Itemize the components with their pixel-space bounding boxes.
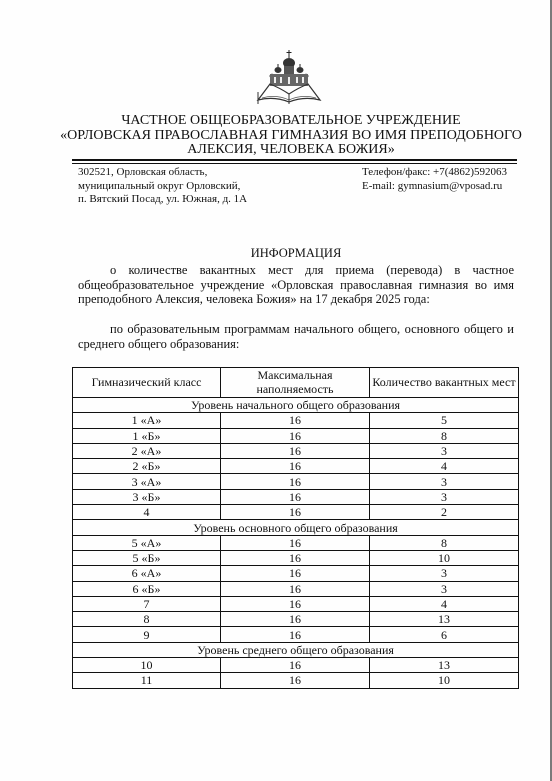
table-row: 111610	[73, 673, 519, 688]
vacancies-table: Гимназический класс Максимальная наполня…	[72, 367, 519, 689]
intro-paragraph: о количестве вакантных мест для приема (…	[78, 263, 514, 307]
header-divider-thin	[72, 163, 517, 164]
vacancies-cell: 4	[370, 459, 519, 474]
class-cell: 1 «А»	[73, 413, 221, 428]
org-name-line: ЧАСТНОЕ ОБЩЕОБРАЗОВАТЕЛЬНОЕ УЧРЕЖДЕНИЕ	[60, 114, 522, 129]
max-capacity-cell: 16	[221, 627, 370, 642]
vacancies-cell: 5	[370, 413, 519, 428]
class-cell: 3 «А»	[73, 474, 221, 489]
max-capacity-cell: 16	[221, 459, 370, 474]
phone-fax: Телефон/факс: +7(4862)592063	[362, 166, 507, 180]
table-row: 1 «Б»168	[73, 428, 519, 443]
class-cell: 6 «Б»	[73, 581, 221, 596]
max-capacity-cell: 16	[221, 428, 370, 443]
table-header-row: Гимназический класс Максимальная наполня…	[73, 368, 519, 398]
org-name-line: «ОРЛОВСКАЯ ПРАВОСЛАВНАЯ ГИМНАЗИЯ ВО ИМЯ …	[60, 129, 522, 144]
vacancies-cell: 13	[370, 612, 519, 627]
header-class: Гимназический класс	[73, 368, 221, 398]
table-row: 5 «Б»1610	[73, 550, 519, 565]
class-cell: 5 «А»	[73, 535, 221, 550]
max-capacity-cell: 16	[221, 581, 370, 596]
max-capacity-cell: 16	[221, 612, 370, 627]
vacancies-cell: 3	[370, 581, 519, 596]
table-row: 3 «А»163	[73, 474, 519, 489]
max-capacity-cell: 16	[221, 658, 370, 673]
vacancies-cell: 10	[370, 550, 519, 565]
class-cell: 5 «Б»	[73, 550, 221, 565]
table-row: 7164	[73, 596, 519, 611]
class-cell: 1 «Б»	[73, 428, 221, 443]
vacancies-cell: 3	[370, 489, 519, 504]
section-title: Уровень основного общего образования	[73, 520, 519, 535]
max-capacity-cell: 16	[221, 443, 370, 458]
max-capacity-cell: 16	[221, 474, 370, 489]
max-capacity-cell: 16	[221, 413, 370, 428]
class-cell: 10	[73, 658, 221, 673]
church-on-open-book-icon	[256, 48, 322, 106]
section-row: Уровень основного общего образования	[73, 520, 519, 535]
programs-paragraph: по образовательным программам начального…	[78, 322, 514, 351]
section-title: Уровень начального общего образования	[73, 398, 519, 413]
vacancies-cell: 13	[370, 658, 519, 673]
address-line: п. Вятский Посад, ул. Южная, д. 1А	[78, 193, 247, 207]
table-row: 3 «Б»163	[73, 489, 519, 504]
organization-name: ЧАСТНОЕ ОБЩЕОБРАЗОВАТЕЛЬНОЕ УЧРЕЖДЕНИЕ«О…	[60, 114, 522, 158]
org-name-line: АЛЕКСИЯ, ЧЕЛОВЕКА БОЖИЯ»	[60, 143, 522, 158]
address-line: муниципальный округ Орловский,	[78, 180, 247, 194]
vacancies-cell: 10	[370, 673, 519, 688]
max-capacity-cell: 16	[221, 535, 370, 550]
max-capacity-cell: 16	[221, 566, 370, 581]
max-capacity-cell: 16	[221, 596, 370, 611]
section-row: Уровень начального общего образования	[73, 398, 519, 413]
max-capacity-cell: 16	[221, 550, 370, 565]
vacancies-cell: 2	[370, 505, 519, 520]
class-cell: 9	[73, 627, 221, 642]
postal-address: 302521, Орловская область, муниципальный…	[78, 166, 247, 207]
vacancies-cell: 8	[370, 535, 519, 550]
table-row: 81613	[73, 612, 519, 627]
table-row: 6 «Б»163	[73, 581, 519, 596]
contact-info: Телефон/факс: +7(4862)592063 E-mail: gym…	[362, 166, 507, 193]
section-title: Уровень среднего общего образования	[73, 642, 519, 657]
vacancies-cell: 4	[370, 596, 519, 611]
vacancies-cell: 8	[370, 428, 519, 443]
table-row: 5 «А»168	[73, 535, 519, 550]
table-row: 101613	[73, 658, 519, 673]
address-line: 302521, Орловская область,	[78, 166, 247, 180]
section-row: Уровень среднего общего образования	[73, 642, 519, 657]
class-cell: 7	[73, 596, 221, 611]
header-vacancies: Количество вакантных мест	[370, 368, 519, 398]
class-cell: 11	[73, 673, 221, 688]
header-max-capacity: Максимальная наполняемость	[221, 368, 370, 398]
table-row: 2 «А»163	[73, 443, 519, 458]
class-cell: 2 «Б»	[73, 459, 221, 474]
header-divider-thick	[72, 159, 517, 161]
table-row: 4162	[73, 505, 519, 520]
class-cell: 8	[73, 612, 221, 627]
vacancies-cell: 3	[370, 443, 519, 458]
document-title: ИНФОРМАЦИЯ	[60, 246, 532, 261]
class-cell: 4	[73, 505, 221, 520]
email-address[interactable]: E-mail: gymnasium@vposad.ru	[362, 180, 507, 194]
vacancies-cell: 6	[370, 627, 519, 642]
max-capacity-cell: 16	[221, 673, 370, 688]
class-cell: 2 «А»	[73, 443, 221, 458]
vacancies-cell: 3	[370, 566, 519, 581]
class-cell: 3 «Б»	[73, 489, 221, 504]
max-capacity-cell: 16	[221, 505, 370, 520]
table-row: 6 «А»163	[73, 566, 519, 581]
class-cell: 6 «А»	[73, 566, 221, 581]
table-row: 1 «А»165	[73, 413, 519, 428]
vacancies-cell: 3	[370, 474, 519, 489]
max-capacity-cell: 16	[221, 489, 370, 504]
table-row: 2 «Б»164	[73, 459, 519, 474]
table-row: 9166	[73, 627, 519, 642]
